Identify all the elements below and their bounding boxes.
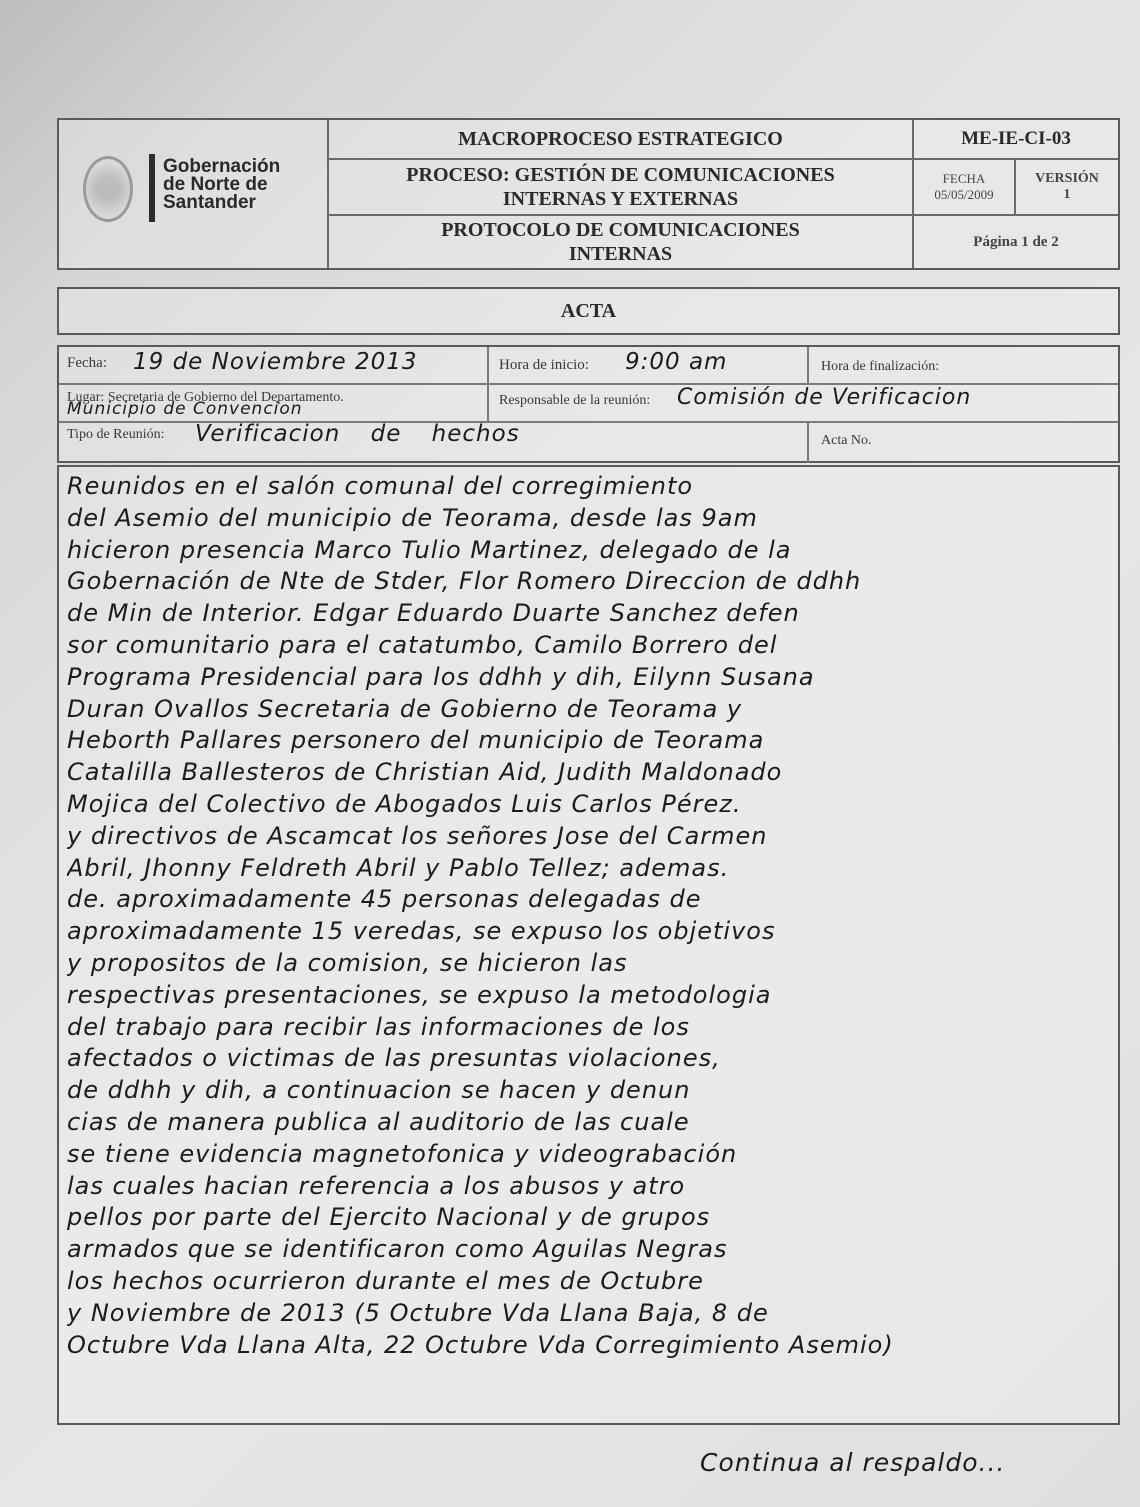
macroproceso-title: MACROPROCESO ESTRATEGICO	[329, 120, 912, 160]
handwritten-line: aproximadamente 15 veredas, se expuso lo…	[67, 916, 1112, 948]
handwritten-line: respectivas presentaciones, se expuso la…	[67, 980, 1112, 1012]
column-divider	[807, 347, 809, 383]
protocolo-line-1: PROTOCOLO DE COMUNICACIONES	[441, 218, 800, 242]
logo-cell: Gobernación de Norte de Santander	[59, 120, 329, 268]
handwritten-line: cias de manera publica al auditorio de l…	[67, 1107, 1112, 1139]
lugar-value: Municipio de Convencion	[67, 399, 303, 419]
handwritten-line: se tiene evidencia magnetofonica y video…	[67, 1139, 1112, 1171]
handwritten-line: Catalilla Ballesteros de Christian Aid, …	[67, 757, 1112, 789]
tipo-reunion-value: Verificacion de hechos	[195, 421, 520, 447]
handwritten-line: y propositos de la comision, se hicieron…	[67, 948, 1112, 980]
fecha-field-value: 19 de Noviembre 2013	[133, 349, 418, 375]
fecha-field-label: Fecha:	[67, 355, 107, 372]
handwritten-line: los hechos ocurrieron durante el mes de …	[67, 1266, 1112, 1298]
handwritten-line: y Noviembre de 2013 (5 Octubre Vda Llana…	[67, 1298, 1112, 1330]
version-label: VERSIÓN	[1035, 171, 1099, 187]
document-header-table: Gobernación de Norte de Santander MACROP…	[57, 118, 1120, 270]
document-code: ME-IE-CI-03	[912, 120, 1118, 160]
page-number: Página 1 de 2	[912, 216, 1118, 268]
handwritten-line: armados que se identificaron como Aguila…	[67, 1234, 1112, 1266]
tipo-reunion-label: Tipo de Reunión:	[67, 427, 165, 443]
handwritten-line: y directivos de Ascamcat los señores Jos…	[67, 821, 1112, 853]
handwritten-line: Gobernación de Nte de Stder, Flor Romero…	[67, 566, 1112, 598]
hora-inicio-value: 9:00 am	[625, 349, 727, 375]
scanned-document-page: Gobernación de Norte de Santander MACROP…	[0, 0, 1140, 1507]
handwritten-line: de ddhh y dih, a continuacion se hacen y…	[67, 1075, 1112, 1107]
acta-title: ACTA	[57, 287, 1120, 335]
handwritten-line: de Min de Interior. Edgar Eduardo Duarte…	[67, 598, 1112, 630]
protocolo-line-2: INTERNAS	[441, 242, 800, 266]
handwritten-line: hicieron presencia Marco Tulio Martinez,…	[67, 535, 1112, 567]
fecha-label: FECHA	[934, 171, 993, 187]
organization-name: Gobernación de Norte de Santander	[163, 158, 328, 212]
responsable-label: Responsable de la reunión:	[499, 393, 650, 409]
handwritten-line: del Asemio del municipio de Teorama, des…	[67, 503, 1112, 535]
org-line-3: Santander	[163, 194, 328, 212]
handwritten-minutes-body: Reunidos en el salón comunal del corregi…	[57, 465, 1120, 1425]
proceso-line-1: PROCESO: GESTIÓN DE COMUNICACIONES	[406, 163, 834, 187]
handwritten-line: Duran Ovallos Secretaria de Gobierno de …	[67, 694, 1112, 726]
coat-of-arms-icon	[83, 156, 133, 222]
handwritten-line: las cuales hacian referencia a los abuso…	[67, 1171, 1112, 1203]
column-divider	[487, 385, 489, 421]
handwritten-line: del trabajo para recibir las informacion…	[67, 1012, 1112, 1044]
document-date-cell: FECHA 05/05/2009	[912, 160, 1016, 216]
handwritten-line: Heborth Pallares personero del municipio…	[67, 725, 1112, 757]
handwritten-line: Octubre Vda Llana Alta, 22 Octubre Vda C…	[67, 1330, 1112, 1362]
protocolo-title: PROTOCOLO DE COMUNICACIONES INTERNAS	[329, 216, 912, 268]
version-cell: VERSIÓN 1	[1016, 160, 1118, 216]
handwritten-line: Reunidos en el salón comunal del corregi…	[67, 471, 1112, 503]
handwritten-line: Abril, Jhonny Feldreth Abril y Pablo Tel…	[67, 853, 1112, 885]
column-divider	[487, 347, 489, 383]
hora-inicio-label: Hora de inicio:	[499, 357, 589, 374]
continued-on-back-note: Continua al respaldo...	[700, 1448, 1005, 1477]
version-value: 1	[1035, 187, 1099, 203]
handwritten-line: Programa Presidencial para los ddhh y di…	[67, 662, 1112, 694]
handwritten-line: Mojica del Colectivo de Abogados Luis Ca…	[67, 789, 1112, 821]
fecha-value: 05/05/2009	[934, 187, 993, 203]
logo-divider-bar	[149, 154, 155, 222]
handwritten-line: afectados o victimas de las presuntas vi…	[67, 1043, 1112, 1075]
acta-number-label: Acta No.	[821, 433, 872, 449]
handwritten-line: sor comunitario para el catatumbo, Camil…	[67, 630, 1112, 662]
meeting-info-form: Fecha: 19 de Noviembre 2013 Hora de inic…	[57, 345, 1120, 463]
proceso-title: PROCESO: GESTIÓN DE COMUNICACIONES INTER…	[329, 160, 912, 216]
handwritten-line: pellos por parte del Ejercito Nacional y…	[67, 1202, 1112, 1234]
proceso-line-2: INTERNAS Y EXTERNAS	[406, 187, 834, 211]
responsable-value: Comisión de Verificacion	[677, 385, 971, 410]
handwritten-line: de. aproximadamente 45 personas delegada…	[67, 884, 1112, 916]
minutes-text: Reunidos en el salón comunal del corregi…	[67, 471, 1112, 1361]
column-divider	[807, 423, 809, 463]
hora-finalizacion-label: Hora de finalización:	[821, 359, 939, 375]
